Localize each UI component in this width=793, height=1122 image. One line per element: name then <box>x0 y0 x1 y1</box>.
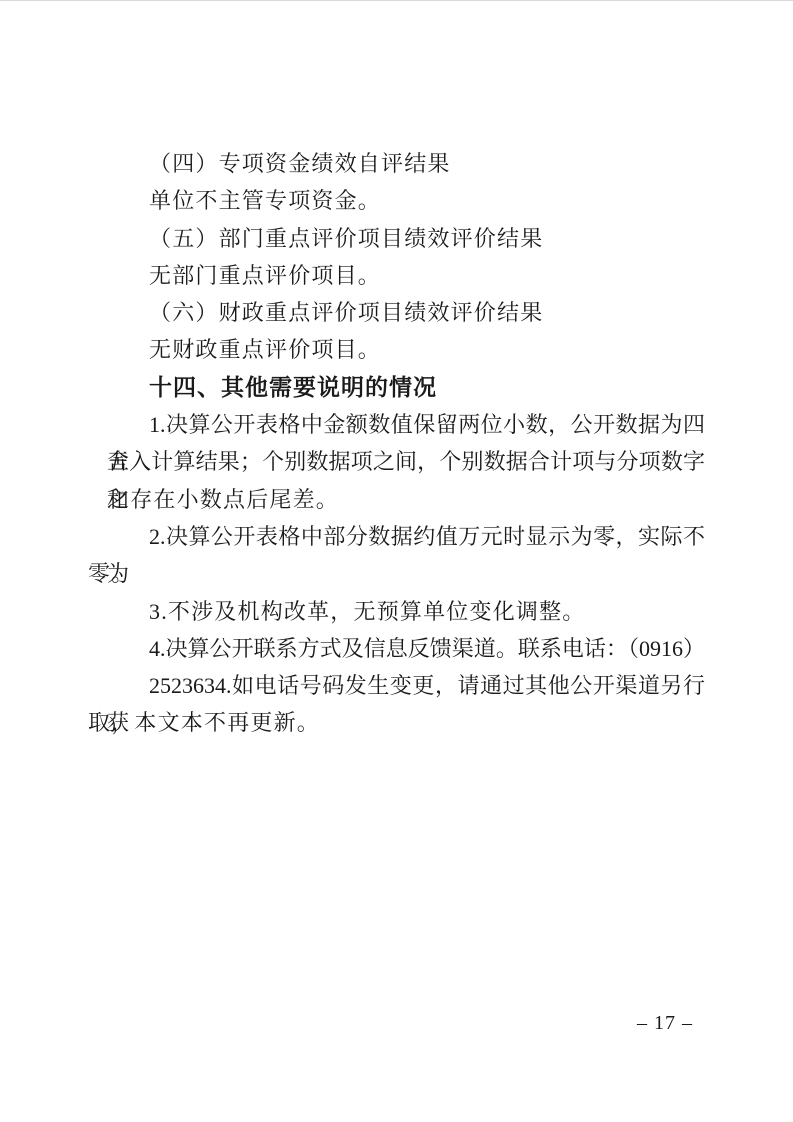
subsection-title-5: （五）部门重点评价项目绩效评价结果 <box>107 220 705 257</box>
text-line: 无财政重点评价项目。 <box>107 331 705 368</box>
note-2-line-1: 2.决算公开表格中部分数据约值万元时显示为零，实际不为 <box>107 518 705 555</box>
text-line: 单位不主管专项资金。 <box>107 182 705 219</box>
note-4-line-3: 取，本文本不再更新。 <box>107 704 705 741</box>
note-1-line-2: 五入计算结果；个别数据项之间，个别数据合计项与分项数字之 <box>107 443 705 480</box>
subsection-title-4: （四）专项资金绩效自评结果 <box>107 145 705 182</box>
note-3-line-1: 3.不涉及机构改革，无预算单位变化调整。 <box>107 593 705 630</box>
section-heading: 十四、其他需要说明的情况 <box>107 369 705 406</box>
note-1-line-1: 1.决算公开表格中金额数值保留两位小数，公开数据为四舍 <box>107 406 705 443</box>
note-4-line-1: 4.决算公开联系方式及信息反馈渠道。联系电话：（0916） <box>107 630 705 667</box>
document-page: （四）专项资金绩效自评结果 单位不主管专项资金。 （五）部门重点评价项目绩效评价… <box>0 0 793 1122</box>
subsection-title-6: （六）财政重点评价项目绩效评价结果 <box>107 294 705 331</box>
note-1-line-3: 和存在小数点后尾差。 <box>107 481 705 518</box>
note-4-line-2: 2523634.如电话号码发生变更，请通过其他公开渠道另行获 <box>107 667 705 704</box>
note-2-line-2: 零。 <box>107 555 705 592</box>
page-number: – 17 – <box>637 1012 693 1035</box>
page-top-border <box>0 0 793 1</box>
document-body: （四）专项资金绩效自评结果 单位不主管专项资金。 （五）部门重点评价项目绩效评价… <box>107 145 705 742</box>
text-line: 无部门重点评价项目。 <box>107 257 705 294</box>
